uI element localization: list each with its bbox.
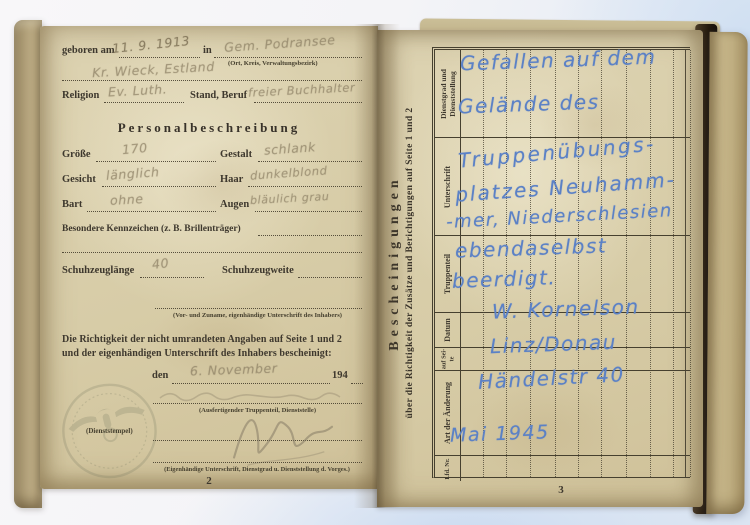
beruf-label: Stand, Beruf (190, 90, 247, 101)
dotted-line (140, 277, 204, 278)
officer-caption: (Eigenhändige Unterschrift, Dienstgrad u… (143, 466, 371, 473)
dotted-line (62, 252, 362, 253)
dotted-line (119, 57, 200, 58)
table-row-line (690, 50, 691, 477)
signature-caption: (Vor- und Zuname, eigenhändige Unterschr… (145, 312, 370, 319)
certify-line1: Die Richtigkeit der nicht umrandeten Ang… (62, 334, 342, 345)
in-label: in (203, 45, 212, 56)
header-cell: Datum (435, 313, 461, 347)
dotted-line (62, 80, 362, 81)
bescheinigungen-title: Bescheinigungen (386, 47, 404, 478)
dotted-line (254, 102, 362, 103)
augen-label: Augen (220, 199, 249, 210)
header-cell: Lfd. Nr. (435, 456, 461, 481)
ort-kreis-caption: (Ort, Kreis, Verwaltungsbezirk) (228, 60, 318, 67)
groesse-label: Größe (62, 149, 91, 160)
bescheinigungen-subtitle: über die Richtigkeit der Zusätze und Ber… (404, 47, 416, 478)
gestalt-label: Gestalt (220, 149, 252, 160)
dotted-line (255, 211, 362, 212)
bart-value-handwriting: ohne (110, 191, 144, 208)
header-auf-seite: auf Sei- te (440, 349, 455, 370)
schuhlaenge-label: Schuhzeuglänge (62, 265, 134, 276)
schuhweite-label: Schuhzeugweite (222, 265, 294, 276)
page-number-2: 2 (40, 475, 378, 487)
book-cover-left-edge (14, 20, 42, 508)
den-value-handwriting: 6. November (190, 360, 278, 378)
dotted-line (351, 383, 363, 384)
year-prefix: 194 (332, 370, 348, 381)
dotted-line (214, 57, 362, 58)
religion-value-handwriting: Ev. Luth. (108, 81, 168, 99)
den-label: den (152, 370, 168, 381)
book-cover-right-edge (706, 32, 747, 514)
ink-entry-line: Gelände des (458, 90, 600, 119)
groesse-value-handwriting: 170 (121, 140, 148, 157)
header-dienstgrad: Dienstgrad und Dienststellung (439, 52, 457, 136)
dotted-line (102, 186, 216, 187)
kennzeichen-label: Besondere Kennzeichen (z. B. Brillenträg… (62, 224, 241, 234)
ink-signature: W. Kornelson (492, 294, 640, 323)
dotted-line (87, 211, 216, 212)
born-label: geboren am (62, 45, 115, 56)
header-datum: Datum (443, 314, 453, 347)
dotted-line (258, 235, 362, 236)
ink-entry-line: Linz/Donau (490, 330, 618, 358)
section-title: Personalbeschreibung (40, 120, 378, 136)
schuhlaenge-value-handwriting: 40 (151, 255, 170, 272)
dotted-line (172, 383, 330, 384)
dotted-line (258, 161, 362, 162)
gesicht-label: Gesicht (62, 174, 96, 185)
soldbuch-scan: geboren am 11. 9. 1913 in Gem. Podransee… (0, 0, 750, 525)
dotted-line (298, 277, 362, 278)
dotted-line (248, 186, 362, 187)
pencil-signature (226, 398, 341, 470)
table-band-lfd-nr: Lfd. Nr. (435, 456, 690, 481)
bart-label: Bart (62, 199, 82, 210)
header-cell: auf Sei- te (435, 348, 461, 370)
dotted-line (104, 102, 184, 103)
religion-label: Religion (62, 90, 99, 101)
ink-entry-line: beerdigt. (452, 265, 557, 293)
dotted-line (153, 462, 362, 463)
header-lfd-nr: Lfd. Nr. (444, 457, 452, 480)
haar-label: Haar (220, 174, 243, 185)
certify-line2: und der eigenhändigen Unterschrift des I… (62, 348, 332, 359)
signature-line (155, 308, 362, 309)
dotted-line (96, 161, 216, 162)
page-number-3: 3 (432, 484, 690, 496)
bescheinigungen-title-block: Bescheinigungen über die Richtigkeit der… (386, 47, 432, 478)
ink-entry-date: Mai 1945 (450, 421, 550, 446)
